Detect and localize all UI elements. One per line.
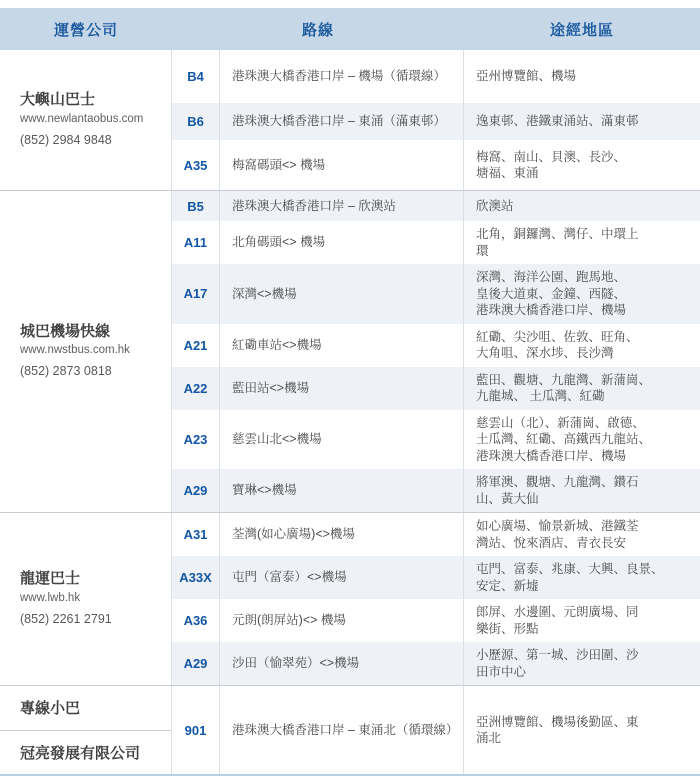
operator-website: www.lwb.hk — [20, 590, 163, 607]
route-number-cell: A11 — [172, 221, 220, 264]
route-description-cell: 元朗(朗屏站)<> 機場 — [220, 599, 464, 642]
route-areas-cell: 欣澳站 — [464, 191, 700, 221]
route-number-cell: A35 — [172, 140, 220, 190]
route-number-link[interactable]: A21 — [184, 338, 208, 353]
route-number-link[interactable]: A29 — [184, 656, 208, 671]
route-number-cell: A29 — [172, 642, 220, 685]
operator-website: www.newlantaobus.com — [20, 111, 163, 128]
route-number-cell: B4 — [172, 50, 220, 103]
route-number-cell: B5 — [172, 191, 220, 221]
route-number-cell: A29 — [172, 469, 220, 512]
operator-cell-split: 專線小巴 冠亮發展有限公司 — [0, 686, 172, 774]
route-areas-cell: 小歷源、第一城、沙田圍、沙 田市中心 — [464, 642, 700, 685]
route-number-cell: A33X — [172, 556, 220, 599]
route-number-cell: A22 — [172, 367, 220, 410]
route-description-cell: 深灣<>機場 — [220, 264, 464, 324]
route-row: B4 港珠澳大橋香港口岸 – 機場（循環線） 亞州博覽館、機場 — [172, 50, 700, 103]
operator-name: 大嶼山巴士 — [20, 90, 163, 110]
route-areas-cell: 亞洲博覽館、機場後勤區、東 涌北 — [464, 686, 700, 774]
route-row: A11 北角碼頭<> 機場 北角，銅鑼灣、灣仔、中環上 環 — [172, 221, 700, 264]
route-areas-cell: 亞州博覽館、機場 — [464, 50, 700, 103]
operator-section-citybus: 城巴機場快線 www.nwstbus.com.hk (852) 2873 081… — [0, 190, 700, 512]
route-number-cell: A36 — [172, 599, 220, 642]
route-row: A29 寶琳<>機場 將軍澳、觀塘、九龍灣、鑽石 山、黃大仙 — [172, 469, 700, 512]
route-number-link[interactable]: 901 — [185, 723, 207, 738]
route-number-link[interactable]: A22 — [184, 381, 208, 396]
route-row: A29 沙田（愉翠苑）<>機場 小歷源、第一城、沙田圍、沙 田市中心 — [172, 642, 700, 685]
route-description-cell: 港珠澳大橋香港口岸 – 東涌（滿東邨） — [220, 103, 464, 140]
route-number-link[interactable]: A33X — [179, 570, 212, 585]
route-number-cell: 901 — [172, 686, 220, 774]
route-number-link[interactable]: B5 — [187, 199, 204, 214]
route-description-cell: 屯門（富泰）<>機場 — [220, 556, 464, 599]
route-areas-cell: 梅窩、南山、貝澳、長沙、 塘福、東涌 — [464, 140, 700, 190]
route-row: B5 港珠澳大橋香港口岸 – 欣澳站 欣澳站 — [172, 191, 700, 221]
route-number-link[interactable]: B4 — [187, 69, 204, 84]
route-row: A23 慈雲山北<>機場 慈雲山（北）、新蒲崗、啟德、 土瓜灣、紅磡、高鐵西九龍… — [172, 410, 700, 470]
operator-phone: (852) 2984 9848 — [20, 131, 163, 150]
route-row: A17 深灣<>機場 深灣、海洋公園、跑馬地、 皇後大道東、金鐘、西隧、 港珠澳… — [172, 264, 700, 324]
route-areas-cell: 將軍澳、觀塘、九龍灣、鑽石 山、黃大仙 — [464, 469, 700, 512]
header-operator-company: 運營公司 — [0, 19, 172, 40]
route-number-link[interactable]: A17 — [184, 286, 208, 301]
routes-list: 901 港珠澳大橋香港口岸 – 東涌北（循環線） 亞洲博覽館、機場後勤區、東 涌… — [172, 686, 700, 774]
route-row: A33X 屯門（富泰）<>機場 屯門、富泰、兆康、大興、良景、 安定、新墟 — [172, 556, 700, 599]
route-row: A22 藍田站<>機場 藍田、觀塘、九龍灣、新蒲崗、 九龍城、 土瓜灣、紅磡 — [172, 367, 700, 410]
route-row: A35 梅窩碼頭<> 機場 梅窩、南山、貝澳、長沙、 塘福、東涌 — [172, 140, 700, 190]
route-description-cell: 港珠澳大橋香港口岸 – 欣澳站 — [220, 191, 464, 221]
route-areas-cell: 深灣、海洋公園、跑馬地、 皇後大道東、金鐘、西隧、 港珠澳大橋香港口岸、機場 — [464, 264, 700, 324]
operator-website: www.nwstbus.com.hk — [20, 342, 163, 359]
route-number-link[interactable]: A36 — [184, 613, 208, 628]
operator-section-newlantaobus: 大嶼山巴士 www.newlantaobus.com (852) 2984 98… — [0, 50, 700, 190]
route-areas-cell: 屯門、富泰、兆康、大興、良景、 安定、新墟 — [464, 556, 700, 599]
header-route: 路線 — [172, 19, 464, 40]
route-description-cell: 荃灣(如心廣場)<>機場 — [220, 513, 464, 556]
route-description-cell: 港珠澳大橋香港口岸 – 機場（循環線） — [220, 50, 464, 103]
route-areas-cell: 紅磡、尖沙咀、佐敦、旺角、 大角咀、深水埗、長沙灣 — [464, 324, 700, 367]
route-areas-cell: 北角，銅鑼灣、灣仔、中環上 環 — [464, 221, 700, 264]
route-areas-cell: 藍田、觀塘、九龍灣、新蒲崗、 九龍城、 土瓜灣、紅磡 — [464, 367, 700, 410]
route-row: A31 荃灣(如心廣場)<>機場 如心廣場、愉景新城、港鐵荃 灣站、悅來酒店、青… — [172, 513, 700, 556]
routes-list: B5 港珠澳大橋香港口岸 – 欣澳站 欣澳站 A11 北角碼頭<> 機場 北角，… — [172, 191, 700, 512]
bus-routes-table: 運營公司 路線 途經地區 大嶼山巴士 www.newlantaobus.com … — [0, 0, 700, 776]
route-description-cell: 藍田站<>機場 — [220, 367, 464, 410]
route-description-cell: 寶琳<>機場 — [220, 469, 464, 512]
operator-name: 龍運巴士 — [20, 569, 163, 589]
route-description-cell: 沙田（愉翠苑）<>機場 — [220, 642, 464, 685]
route-areas-cell: 慈雲山（北）、新蒲崗、啟德、 土瓜灣、紅磡、高鐵西九龍站、 港珠澳大橋香港口岸、… — [464, 410, 700, 470]
operator-section-minibus: 專線小巴 冠亮發展有限公司 901 港珠澳大橋香港口岸 – 東涌北（循環線） 亞… — [0, 685, 700, 774]
routes-list: A31 荃灣(如心廣場)<>機場 如心廣場、愉景新城、港鐵荃 灣站、悅來酒店、青… — [172, 513, 700, 685]
table-header: 運營公司 路線 途經地區 — [0, 8, 700, 50]
route-number-link[interactable]: A29 — [184, 483, 208, 498]
route-number-link[interactable]: A35 — [184, 158, 208, 173]
route-description-cell: 北角碼頭<> 機場 — [220, 221, 464, 264]
route-row: A36 元朗(朗屏站)<> 機場 郎屏、水邊圍、元朗廣場、同 樂街、形點 — [172, 599, 700, 642]
route-row: A21 紅磡車站<>機場 紅磡、尖沙咀、佐敦、旺角、 大角咀、深水埗、長沙灣 — [172, 324, 700, 367]
route-number-cell: A17 — [172, 264, 220, 324]
route-description-cell: 梅窩碼頭<> 機場 — [220, 140, 464, 190]
route-number-link[interactable]: A31 — [184, 527, 208, 542]
route-row: 901 港珠澳大橋香港口岸 – 東涌北（循環線） 亞洲博覽館、機場後勤區、東 涌… — [172, 686, 700, 774]
route-row: B6 港珠澳大橋香港口岸 – 東涌（滿東邨） 逸東邨、港鐵東涌站、滿東邨 — [172, 103, 700, 140]
operator-cell: 龍運巴士 www.lwb.hk (852) 2261 2791 — [0, 513, 172, 685]
route-description-cell: 紅磡車站<>機場 — [220, 324, 464, 367]
header-areas-served: 途經地區 — [464, 19, 700, 40]
route-number-link[interactable]: B6 — [187, 114, 204, 129]
route-description-cell: 慈雲山北<>機場 — [220, 410, 464, 470]
route-areas-cell: 如心廣場、愉景新城、港鐵荃 灣站、悅來酒店、青衣長安 — [464, 513, 700, 556]
operator-cell: 城巴機場快線 www.nwstbus.com.hk (852) 2873 081… — [0, 191, 172, 512]
route-number-cell: A23 — [172, 410, 220, 470]
operator-name: 專線小巴 — [0, 686, 171, 730]
operator-cell: 大嶼山巴士 www.newlantaobus.com (852) 2984 98… — [0, 50, 172, 190]
operator-section-longwin: 龍運巴士 www.lwb.hk (852) 2261 2791 A31 荃灣(如… — [0, 512, 700, 685]
route-description-cell: 港珠澳大橋香港口岸 – 東涌北（循環線） — [220, 686, 464, 774]
route-number-link[interactable]: A23 — [184, 432, 208, 447]
route-number-cell: A31 — [172, 513, 220, 556]
route-areas-cell: 逸東邨、港鐵東涌站、滿東邨 — [464, 103, 700, 140]
routes-list: B4 港珠澳大橋香港口岸 – 機場（循環線） 亞州博覽館、機場 B6 港珠澳大橋… — [172, 50, 700, 190]
route-number-cell: A21 — [172, 324, 220, 367]
operator-phone: (852) 2873 0818 — [20, 362, 163, 381]
operator-name: 冠亮發展有限公司 — [0, 730, 171, 775]
operator-name: 城巴機場快線 — [20, 322, 163, 342]
route-areas-cell: 郎屏、水邊圍、元朗廣場、同 樂街、形點 — [464, 599, 700, 642]
route-number-link[interactable]: A11 — [184, 235, 207, 250]
operator-phone: (852) 2261 2791 — [20, 610, 163, 629]
route-number-cell: B6 — [172, 103, 220, 140]
